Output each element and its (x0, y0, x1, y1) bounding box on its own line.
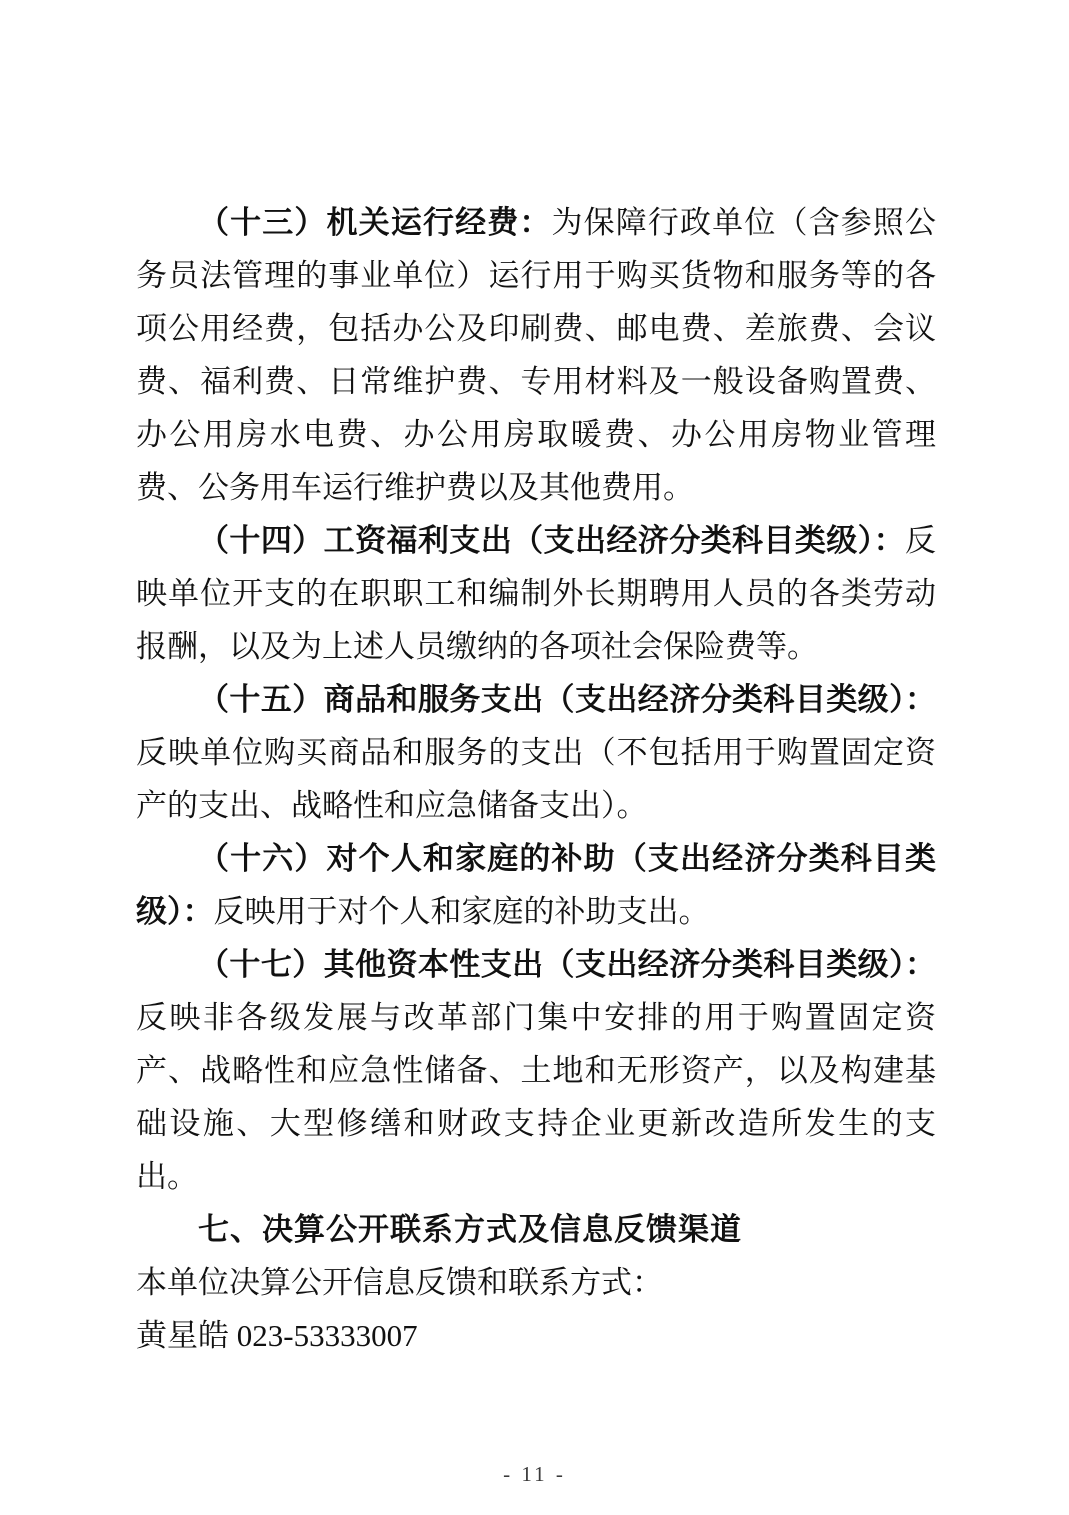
paragraph-item-16-text: 反映用于对个人和家庭的补助支出。 (214, 894, 710, 929)
document-page: （十三）机关运行经费：为保障行政单位（含参照公务员法管理的事业单位）运行用于购买… (0, 0, 1069, 1515)
paragraph-item-14: （十四）工资福利支出（支出经济分类科目类级）：反映单位开支的在职职工和编制外长期… (136, 514, 936, 673)
contact-intro-line: 本单位决算公开信息反馈和联系方式： (136, 1256, 936, 1309)
contact-detail-line: 黄星皓 023-53333007 (136, 1309, 936, 1362)
paragraph-item-13: （十三）机关运行经费：为保障行政单位（含参照公务员法管理的事业单位）运行用于购买… (136, 196, 936, 514)
paragraph-item-13-text: 为保障行政单位（含参照公务员法管理的事业单位）运行用于购买货物和服务等的各项公用… (136, 205, 936, 505)
document-body: （十三）机关运行经费：为保障行政单位（含参照公务员法管理的事业单位）运行用于购买… (136, 196, 936, 1362)
paragraph-item-17: （十七）其他资本性支出（支出经济分类科目类级）：反映非各级发展与改革部门集中安排… (136, 938, 936, 1203)
paragraph-item-13-lead: （十三）机关运行经费： (198, 205, 552, 240)
paragraph-item-16: （十六）对个人和家庭的补助（支出经济分类科目类级）：反映用于对个人和家庭的补助支… (136, 832, 936, 938)
paragraph-item-15: （十五）商品和服务支出（支出经济分类科目类级）：反映单位购买商品和服务的支出（不… (136, 673, 936, 832)
paragraph-item-14-lead: （十四）工资福利支出（支出经济分类科目类级）： (198, 523, 905, 558)
paragraph-item-15-lead: （十五）商品和服务支出（支出经济分类科目类级）： (198, 682, 936, 717)
page-number: - 11 - (0, 1462, 1069, 1487)
section-heading: 七、决算公开联系方式及信息反馈渠道 (136, 1203, 936, 1256)
paragraph-item-15-text: 反映单位购买商品和服务的支出（不包括用于购置固定资产的支出、战略性和应急储备支出… (136, 735, 936, 823)
paragraph-item-17-lead: （十七）其他资本性支出（支出经济分类科目类级）： (198, 947, 936, 982)
paragraph-item-17-text: 反映非各级发展与改革部门集中安排的用于购置固定资产、战略性和应急性储备、土地和无… (136, 1000, 936, 1194)
